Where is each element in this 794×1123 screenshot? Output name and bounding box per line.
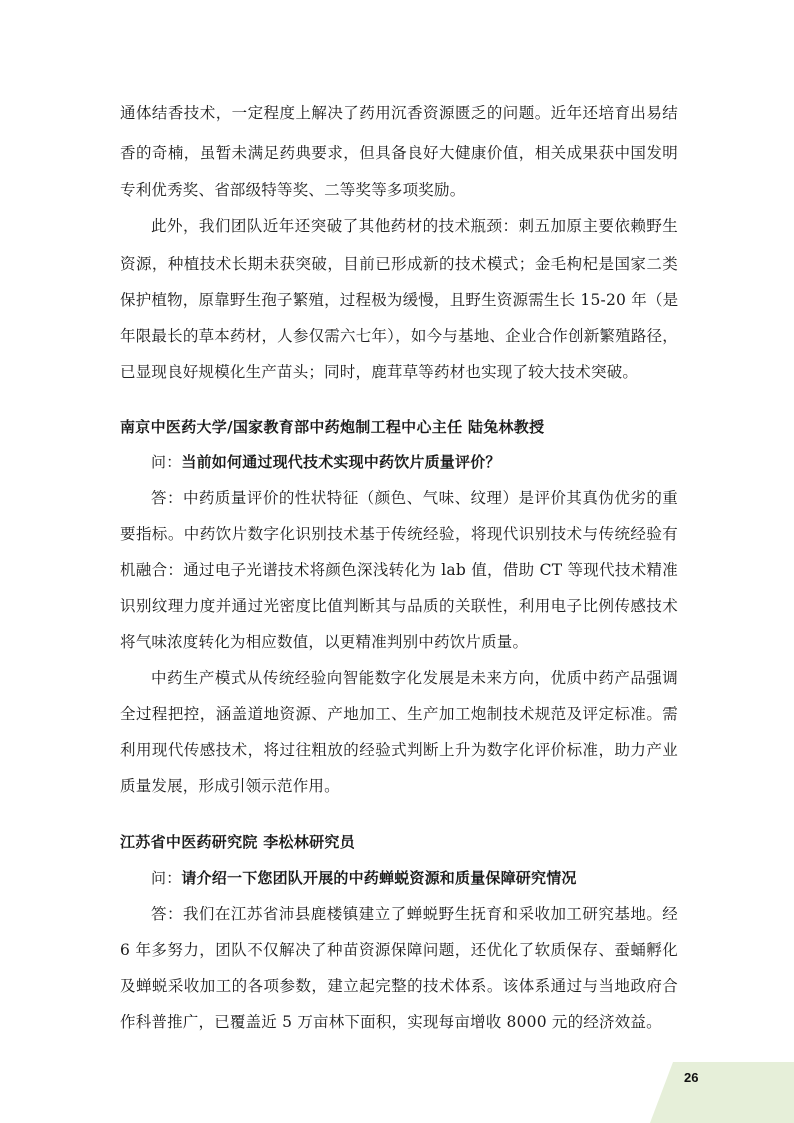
question-text: 当前如何通过现代技术实现中药饮片质量评价？: [181, 453, 500, 471]
body-text-line: 中药生产模式从传统经验向智能数字化发展是未来方向，优质中药产品强调: [151, 668, 678, 688]
answer-text-line: 及蝉蜕采收加工的各项参数，建立起完整的技术体系。该体系通过与当地政府合: [120, 976, 678, 996]
question-label: 问：: [151, 453, 181, 471]
body-text-line: 已显现良好规模化生产苗头；同时，鹿茸草等药材也实现了较大技术突破。: [120, 362, 678, 382]
section-heading: 江苏省中医药研究院 李松林研究员: [120, 832, 678, 852]
body-text-line: 此外，我们团队近年还突破了其他药材的技术瓶颈：刺五加原主要依赖野生: [151, 216, 678, 236]
answer-text-line: 作科普推广，已覆盖近 5 万亩林下面积，实现每亩增收 8000 元的经济效益。: [120, 1012, 678, 1032]
answer-text-line: 6 年多努力，团队不仅解决了种苗资源保障问题，还优化了软质保存、蚕蛹孵化: [120, 940, 678, 960]
question: 问：请介绍一下您团队开展的中药蝉蜕资源和质量保障研究情况: [151, 868, 678, 888]
body-text-line: 香的奇楠，虽暂未满足药典要求，但具备良好大健康价值，相关成果获中国发明: [120, 143, 678, 163]
body-text-line: 资源，种植技术长期未获突破，目前已形成新的技术模式；金毛枸杞是国家二类: [120, 254, 678, 274]
body-text-line: 质量发展，形成引领示范作用。: [120, 776, 678, 796]
page-number: 26: [684, 1070, 698, 1085]
question-label: 问：: [151, 869, 181, 887]
answer-text-line: 要指标。中药饮片数字化识别技术基于传统经验，将现代识别技术与传统经验有: [120, 524, 678, 544]
body-text-line: 专利优秀奖、省部级特等奖、二等奖等多项奖励。: [120, 180, 678, 200]
question-text: 请介绍一下您团队开展的中药蝉蜕资源和质量保障研究情况: [181, 869, 576, 887]
question: 问：当前如何通过现代技术实现中药饮片质量评价？: [151, 452, 678, 472]
body-text-line: 通体结香技术，一定程度上解决了药用沉香资源匮乏的问题。近年还培育出易结: [120, 103, 678, 123]
answer-text-line: 答：我们在江苏省沛县鹿楼镇建立了蝉蜕野生抚育和采收加工研究基地。经: [151, 904, 678, 924]
answer-text-line: 答：中药质量评价的性状特征（颜色、气味、纹理）是评价其真伪优劣的重: [151, 488, 678, 508]
body-text-line: 利用现代传感技术，将过往粗放的经验式判断上升为数字化评价标准，助力产业: [120, 740, 678, 760]
answer-text-line: 机融合：通过电子光谱技术将颜色深浅转化为 lab 值，借助 CT 等现代技术精准: [120, 560, 678, 580]
body-text-line: 全过程把控，涵盖道地资源、产地加工、生产加工炮制技术规范及评定标准。需: [120, 704, 678, 724]
body-text-line: 年限最长的草本药材，人参仅需六七年），如今与基地、企业合作创新繁殖路径，: [120, 326, 678, 346]
document-page: 通体结香技术，一定程度上解决了药用沉香资源匮乏的问题。近年还培育出易结 香的奇楠…: [0, 0, 794, 1123]
body-text-line: 保护植物，原靠野生孢子繁殖，过程极为缓慢，且野生资源需生长 15-20 年（是: [120, 290, 678, 310]
page-number-tab: [650, 1062, 794, 1123]
answer-text-line: 识别纹理力度并通过光密度比值判断其与品质的关联性，利用电子比例传感技术: [120, 596, 678, 616]
section-heading: 南京中医药大学/国家教育部中药炮制工程中心主任 陆兔林教授: [120, 417, 678, 437]
answer-text-line: 将气味浓度转化为相应数值，以更精准判别中药饮片质量。: [120, 632, 678, 652]
